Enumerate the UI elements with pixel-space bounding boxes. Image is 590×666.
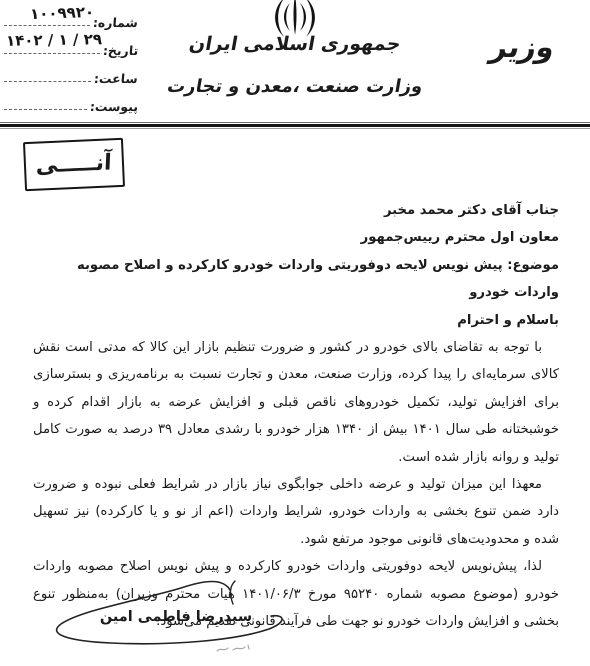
handwritten-letter-number: ۱۰۰۹۹۲۰ [30, 3, 95, 23]
handwritten-letter-date: ۱۴۰۲ / ۱ / ۲۹ [6, 30, 102, 50]
recipient-title: معاون اول محترم رییس‌جمهور [33, 224, 559, 251]
letter-page: شماره: تاریخ: ساعت: پیوست: ۱۰۰۹۹۲۰ ۱۴۰۲ … [0, 0, 590, 666]
signatory-name: سیدرضا فاطمی امین [91, 609, 261, 625]
time-field-label: ساعت: [94, 71, 139, 86]
date-field-line [4, 53, 100, 54]
subject-line: موضوع: پیش نویس لایحه دوفوریتی واردات خو… [33, 252, 559, 307]
republic-title: جمهوری اسلامی ایران [163, 33, 427, 55]
handwritten-note-mark [215, 642, 251, 656]
date-field-label: تاریخ: [102, 43, 139, 58]
attachment-field-row: پیوست: [4, 94, 138, 114]
salutation: باسلام و احترام [33, 307, 559, 334]
attachment-field-label: پیوست: [89, 99, 138, 114]
time-field-line [4, 81, 91, 82]
time-field-row: ساعت: [4, 66, 138, 86]
signature-block: سیدرضا فاطمی امین [33, 580, 313, 666]
number-field-label: شماره: [92, 15, 138, 30]
attachment-field-line [4, 109, 87, 110]
minister-title: وزیر [474, 30, 571, 64]
ministry-title: وزارت صنعت ،معدن و تجارت [143, 76, 447, 97]
paragraph-1: با توجه به تقاضای بالای خودرو در کشور و … [33, 334, 559, 471]
urgency-stamp: آنـــــی [23, 138, 125, 191]
number-field-line [4, 25, 90, 26]
paragraph-2: معهذا این میزان تولید و عرضه داخلی جوابگ… [33, 471, 559, 553]
recipient-name: جناب آقای دکتر محمد مخبر [33, 197, 559, 224]
letter-body: جناب آقای دکتر محمد مخبر معاون اول محترم… [33, 197, 559, 636]
urgency-stamp-text: آنـــــی [36, 150, 113, 178]
